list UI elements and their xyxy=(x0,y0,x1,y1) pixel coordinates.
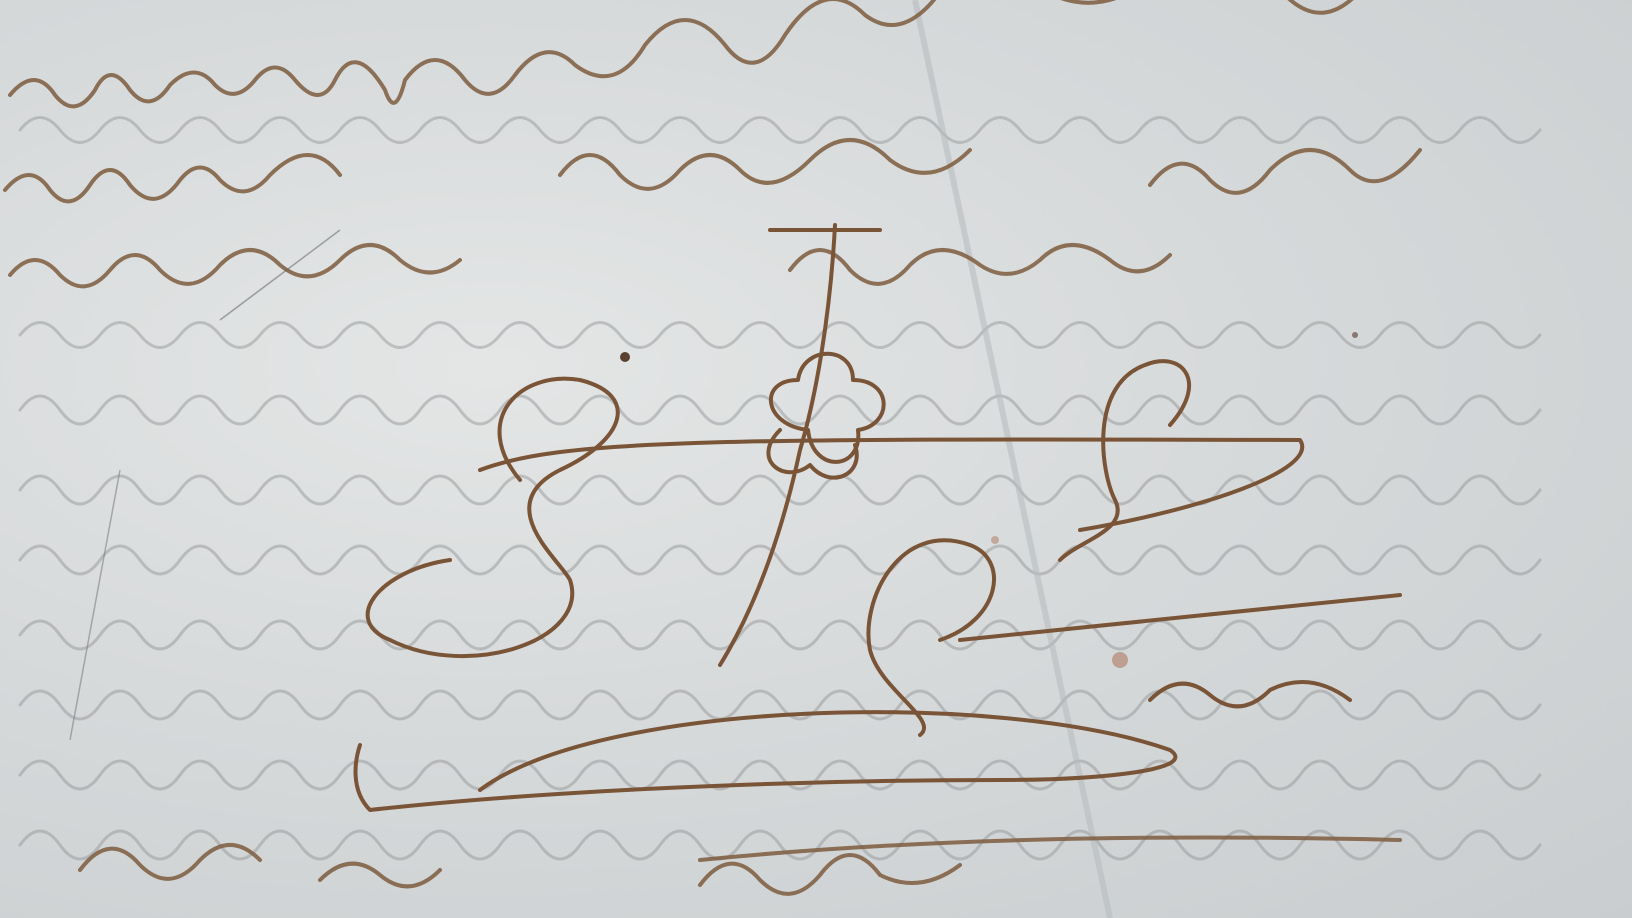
manuscript-page: Historical handwritten manuscript page w… xyxy=(0,0,1632,918)
signature-rubric xyxy=(0,0,1632,918)
